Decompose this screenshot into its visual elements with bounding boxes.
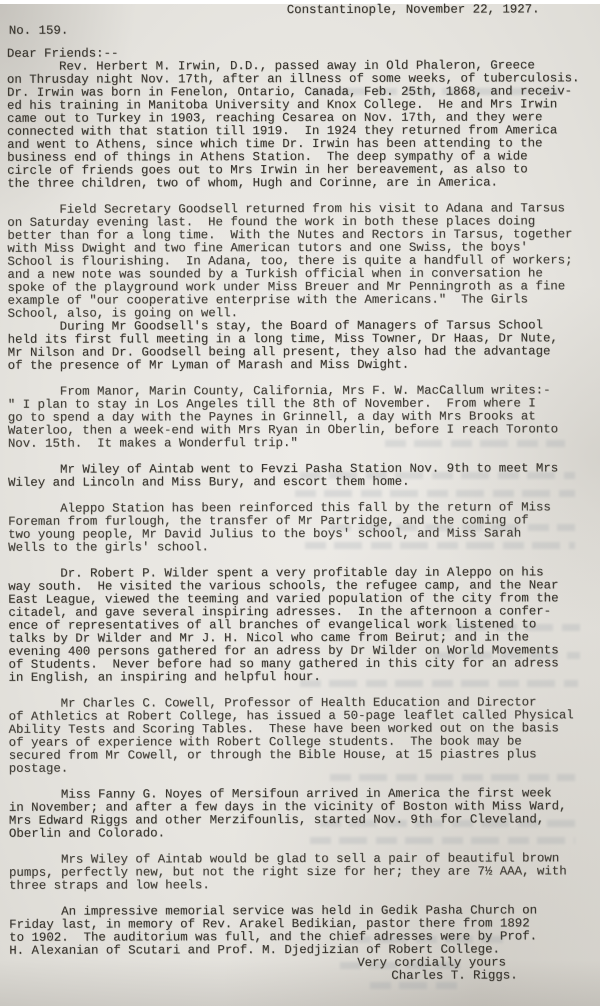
- dateline: Constantinople, November 22, 1927.: [287, 3, 593, 17]
- paragraph-board-of-managers: During Mr Goodsell's stay, the Board of …: [8, 319, 594, 373]
- paragraph-wilder-aleppo-day: Dr. Robert P. Wilder spent a very profit…: [8, 566, 594, 685]
- paragraph-irwin-obituary: Rev. Herbert M. Irwin, D.D., passed away…: [7, 59, 593, 191]
- letter-number: No. 159.: [9, 23, 593, 38]
- bleed-through-mark: [370, 982, 460, 989]
- letter-content: Constantinople, November 22, 1927. No. 1…: [7, 3, 596, 984]
- paragraph-pumps-for-sale: Mrs Wiley of Aintab would be glad to sel…: [9, 852, 595, 893]
- paragraph-memorial-service: An impressive memorial service was held …: [9, 904, 595, 958]
- signature: Charles T. Riggs.: [391, 969, 595, 983]
- paragraph-maccallum-letter: From Manor, Marin County, California, Mr…: [8, 384, 594, 451]
- paragraph-aleppo-station: Aleppo Station has been reinforced this …: [8, 501, 594, 555]
- scanned-letter-page: Constantinople, November 22, 1927. No. 1…: [0, 4, 600, 1006]
- paragraph-goodsell-visit: Field Secretary Goodsell returned from h…: [7, 202, 593, 321]
- paragraph-cowell-leaflet: Mr Charles C. Cowell, Professor of Healt…: [9, 696, 595, 776]
- paragraph-wiley-fevzi-pasha: Mr Wiley of Aintab went to Fevzi Pasha S…: [8, 462, 594, 490]
- paragraph-noyes-arrival: Miss Fanny G. Noyes of Mersifoun arrived…: [9, 787, 595, 841]
